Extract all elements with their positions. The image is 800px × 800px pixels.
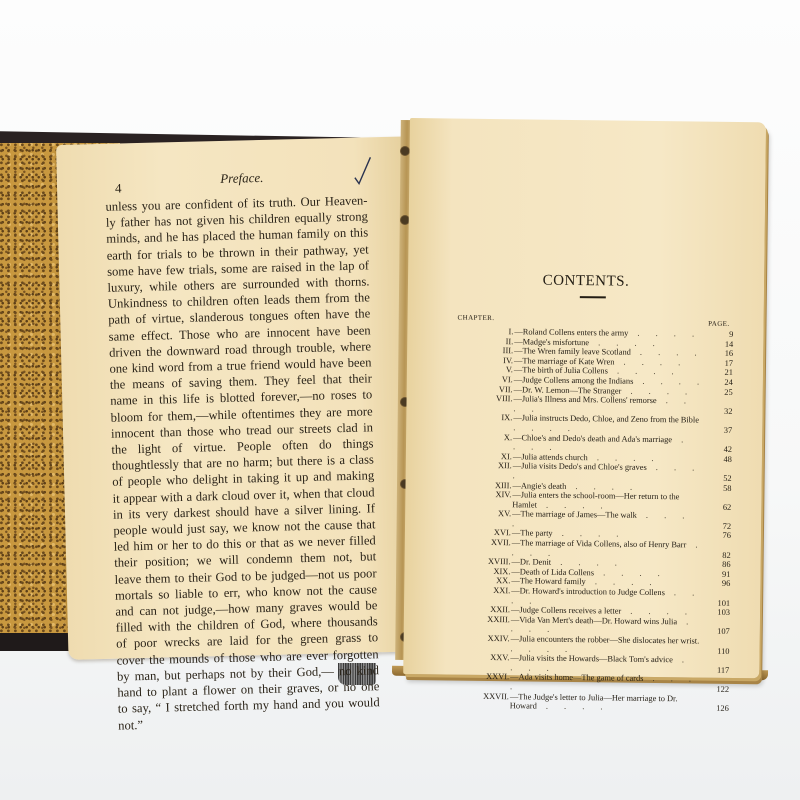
chapter-page-number: 14	[711, 339, 733, 349]
leader-dots: . . . .	[621, 386, 694, 396]
chapter-number: XXV.	[453, 653, 510, 663]
chapter-number: XVII.	[455, 538, 512, 548]
chapter-title: —Julia visits the Howards—Black Tom's ad…	[510, 653, 729, 675]
chapter-title-text: —Judge Collens receives a letter	[511, 605, 621, 615]
binding-stitch	[401, 147, 409, 155]
preface-body-text: unless you are confident of its truth. O…	[105, 192, 380, 733]
chapter-number: VIII.	[457, 394, 514, 404]
leader-dots: . . . .	[553, 529, 626, 539]
chapter-page-number: 32	[710, 406, 732, 416]
chapter-title-text: —Dr. Denit	[512, 558, 552, 567]
chapter-page-number: 96	[708, 579, 730, 589]
chapter-page-number: 25	[711, 387, 733, 397]
chapter-title: —The Judge's letter to Julia—Her marriag…	[510, 692, 729, 714]
chapter-page-number: 48	[710, 454, 732, 464]
chapter-number: XV.	[455, 509, 512, 519]
chapter-title: —Chloe's and Dedo's death and Ada's marr…	[513, 433, 732, 455]
chapter-title: —Julia enters the school-room—Her return…	[512, 490, 731, 512]
chapter-page-number: 117	[707, 665, 729, 675]
chapter-page-number: 72	[709, 522, 731, 532]
leader-dots: . . . .	[537, 500, 610, 510]
chapter-title-text: —The marriage of James—The walk	[512, 510, 637, 521]
chapter-title-text: —Julia visits Dedo's and Chloe's graves	[513, 462, 647, 473]
chapter-label: CHAPTER.	[458, 314, 495, 322]
book-photo: 4 Preface. unless you are confident of i…	[0, 0, 800, 800]
chapter-title: —Vida Van Mert's death—Dr. Howard wins J…	[511, 615, 730, 637]
chapter-number: IX.	[456, 413, 513, 423]
chapter-number: XII.	[456, 461, 513, 471]
chapter-title-text: —Madge's misfortune	[514, 337, 589, 347]
chapter-title: —Julia encounters the robber—She disloca…	[510, 634, 729, 656]
title-rule	[580, 296, 606, 298]
leader-dots: . . . .	[614, 357, 687, 367]
chapter-page-number: 103	[708, 608, 730, 618]
chapter-page-number: 86	[709, 560, 731, 570]
chapter-title-text: —The birth of Julia Collens	[514, 366, 608, 376]
contents-title: CONTENTS.	[408, 271, 764, 292]
leader-dots: . . . .	[608, 367, 681, 377]
leader-dots: . . . .	[586, 578, 659, 588]
chapter-page-number: 37	[710, 426, 732, 436]
chapter-page-number: 122	[707, 685, 729, 695]
chapter-title-text: —Angie's death	[512, 481, 566, 491]
chapter-number: XXIV.	[454, 634, 511, 644]
chapter-page-number: 52	[710, 474, 732, 484]
toc-header: CHAPTER. PAGE.	[458, 314, 730, 325]
chapter-page-number: 17	[711, 358, 733, 368]
chapter-page-number: 76	[709, 531, 731, 541]
leader-dots: . . . .	[633, 377, 706, 387]
chapter-page-number: 58	[709, 483, 731, 493]
chapter-page-number: 24	[711, 378, 733, 388]
chapter-title-text: —Death of Lida Collens	[511, 567, 594, 577]
leader-dots: . . . .	[566, 481, 639, 491]
chapter-page-number: 110	[707, 646, 729, 656]
chapter-title: —Dr. Howard's introduction to Judge Coll…	[511, 586, 730, 608]
chapter-page-number: 16	[711, 349, 733, 359]
chapter-page-number: 107	[708, 627, 730, 637]
leader-dots: . . . .	[628, 329, 701, 339]
chapter-page-number: 126	[707, 704, 729, 714]
chapter-number: XXVI.	[453, 672, 510, 682]
chapter-page-number: 62	[709, 502, 731, 512]
leader-dots: . . . .	[588, 453, 661, 463]
leader-dots: . . . .	[537, 702, 610, 712]
chapter-title-text: —Dr. W. Lemon—The Stranger	[514, 385, 622, 395]
toc-entry: XXVII.—The Judge's letter to Julia—Her m…	[453, 691, 729, 714]
pencil-checkmark-icon	[352, 155, 373, 185]
chapter-page-number: 21	[711, 368, 733, 378]
chapter-number: XXIII.	[454, 614, 511, 624]
chapter-page-number: 82	[709, 550, 731, 560]
leader-dots: . . . .	[631, 348, 704, 358]
chapter-number: X.	[456, 432, 513, 442]
table-of-contents: I.—Roland Collens enters the army . . . …	[453, 327, 734, 714]
leader-dots: . . . .	[594, 568, 667, 578]
chapter-page-number: 9	[711, 330, 733, 340]
chapter-title: —Julia instructs Dedo, Chloe, and Zeno f…	[513, 414, 732, 436]
chapter-number: XXVII.	[453, 691, 510, 701]
left-page-preface: 4 Preface. unless you are confident of i…	[56, 136, 418, 659]
chapter-page-number: 42	[710, 445, 732, 455]
page-label: PAGE.	[708, 320, 729, 328]
leader-dots: . . . .	[551, 558, 624, 568]
chapter-title: —Julia's Illness and Mrs. Collens' remor…	[513, 394, 732, 416]
chapter-title-text: —The marriage of Kate Wren	[514, 356, 615, 366]
chapter-page-number: 91	[708, 570, 730, 580]
chapter-title: —Ada visits home—The game of cards . . .…	[510, 673, 729, 695]
chapter-title: —The marriage of Vida Collens, also of H…	[512, 538, 731, 560]
right-page-contents: CONTENTS. CHAPTER. PAGE. I.—Roland Colle…	[403, 118, 766, 678]
chapter-title: —Julia visits Dedo's and Chloe's graves …	[513, 462, 732, 484]
chapter-title-text: —Ada visits home—The game of cards	[510, 673, 643, 684]
chapter-page-number: 101	[708, 598, 730, 608]
chapter-title-text: —Julia attends church	[513, 452, 588, 462]
chapter-title-text: —The Howard family	[511, 577, 586, 587]
leader-dots: . . . .	[513, 423, 577, 433]
chapter-number: XIV.	[455, 490, 512, 500]
chapter-title-text: —The party	[512, 529, 553, 538]
chapter-number: XXI.	[454, 586, 511, 596]
leader-dots: . . . .	[621, 607, 694, 617]
chapter-title: —The marriage of James—The walk . . . .	[512, 510, 731, 532]
leader-dots: . . . .	[589, 338, 662, 348]
leader-dots: . . . .	[510, 644, 574, 654]
